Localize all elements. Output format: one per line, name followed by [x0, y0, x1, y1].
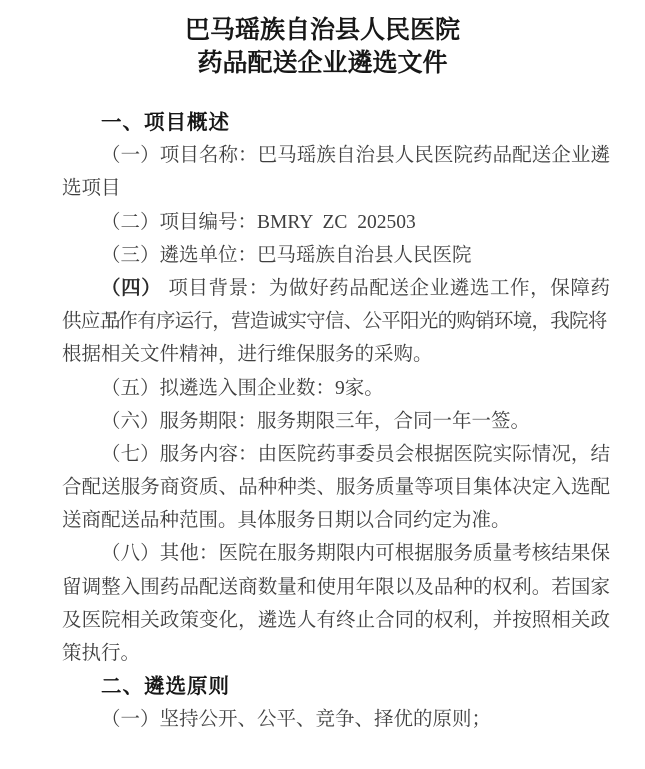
doc-line: 策执行。	[62, 637, 610, 670]
section-heading-project-overview: 一、项目概述	[62, 106, 610, 139]
document-title: 巴马瑶族自治县人民医院 药品配送企业遴选文件	[0, 0, 645, 80]
document-page: 巴马瑶族自治县人民医院 药品配送企业遴选文件 一、项目概述 （一）项目名称：巴马…	[0, 0, 645, 769]
doc-line: （一）项目名称：巴马瑶族自治县人民医院药品配送企业遴	[62, 139, 610, 172]
doc-line: （二）项目编号：BMRY ZC 202503	[62, 206, 610, 239]
doc-line: 供应工作有序运行，营造诚实守信、公平阳光的购销环境，我院将	[62, 305, 610, 338]
doc-line: （七）服务内容：由医院药事委员会根据医院实际情况，结	[62, 438, 610, 471]
bold-item-number: （四）	[101, 278, 161, 299]
doc-line: （四）项目背景：为做好药品配送企业遴选工作，保障药品	[62, 272, 610, 305]
doc-line: （一）坚持公开、公平、竞争、择优的原则；	[62, 703, 610, 736]
doc-line: （八）其他：医院在服务期限内可根据服务质量考核结果保	[62, 537, 610, 570]
doc-line: 选项目	[62, 172, 610, 205]
doc-line: （六）服务期限：服务期限三年，合同一年一签。	[62, 405, 610, 438]
doc-line: 留调整入围药品配送商数量和使用年限以及品种的权利。若国家	[62, 571, 610, 604]
document-title-line-1: 巴马瑶族自治县人民医院	[0, 14, 645, 47]
section-heading-selection-principles: 二、遴选原则	[62, 670, 610, 703]
doc-line: （五）拟遴选入围企业数：9家。	[62, 372, 610, 405]
doc-line: 合配送服务商资质、品种种类、服务质量等项目集体决定入选配	[62, 471, 610, 504]
doc-line: （三）遴选单位：巴马瑶族自治县人民医院	[62, 239, 610, 272]
document-title-line-2: 药品配送企业遴选文件	[0, 47, 645, 80]
doc-line: 及医院相关政策变化，遴选人有终止合同的权利，并按照相关政	[62, 604, 610, 637]
doc-line: 根据相关文件精神，进行维保服务的采购。	[62, 338, 610, 371]
doc-line: 送商配送品种范围。具体服务日期以合同约定为准。	[62, 504, 610, 537]
document-body: 一、项目概述 （一）项目名称：巴马瑶族自治县人民医院药品配送企业遴 选项目 （二…	[62, 106, 610, 737]
